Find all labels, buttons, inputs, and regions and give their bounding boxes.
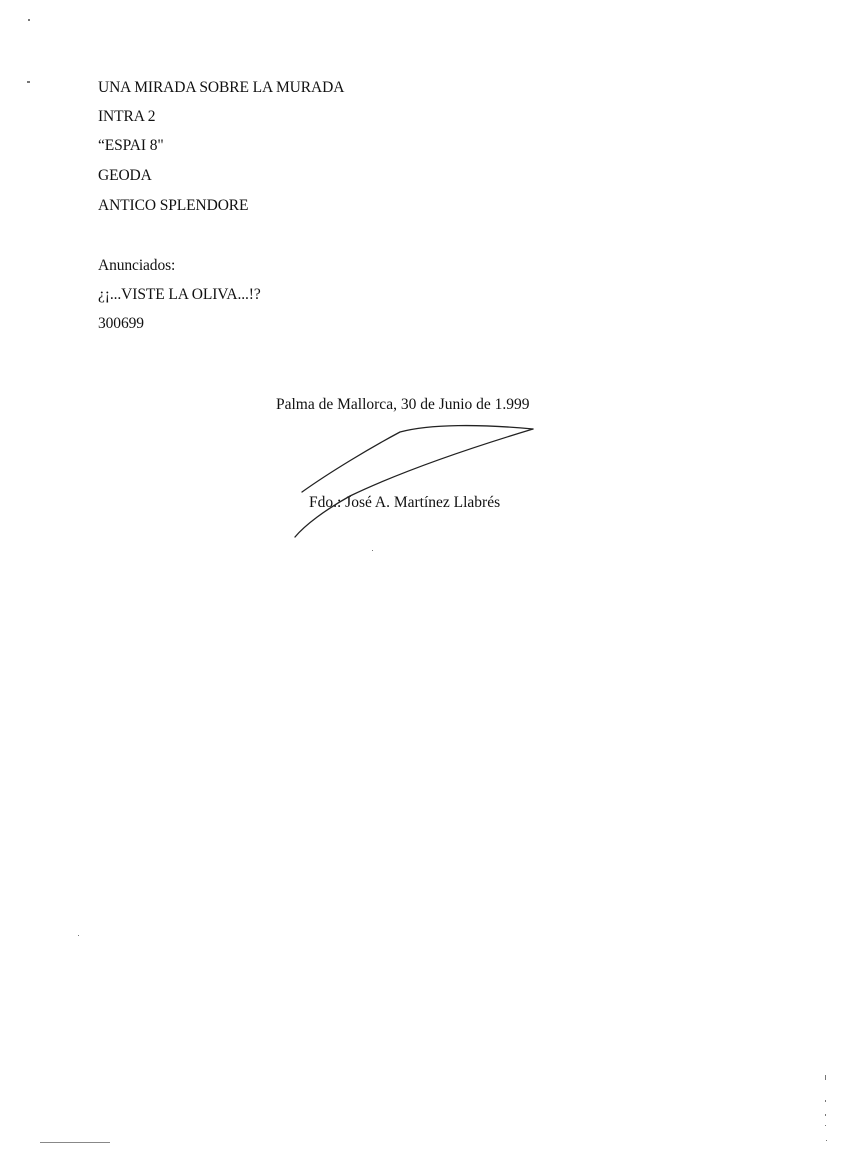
scan-speck — [825, 1114, 826, 1116]
scan-speck — [825, 1100, 826, 1102]
scan-speck — [28, 19, 30, 21]
scan-speck — [825, 1125, 826, 1126]
signer-name: Fdo.: José A. Martínez Llabrés — [309, 494, 500, 512]
scan-speck — [27, 81, 30, 83]
scan-speck — [826, 1140, 827, 1141]
title-line-2: INTRA 2 — [98, 108, 155, 126]
scan-speck — [40, 1142, 110, 1143]
title-line-1: UNA MIRADA SOBRE LA MURADA — [98, 79, 344, 97]
document-page: UNA MIRADA SOBRE LA MURADA INTRA 2 “ESPA… — [0, 0, 843, 1162]
place-and-date: Palma de Mallorca, 30 de Junio de 1.999 — [276, 396, 530, 414]
announced-item-1: ¿¡...VISTE LA OLIVA...!? — [98, 286, 261, 304]
announced-label: Anunciados: — [98, 257, 175, 275]
scan-speck — [78, 935, 79, 936]
title-line-5: ANTICO SPLENDORE — [98, 197, 248, 215]
announced-item-2: 300699 — [98, 315, 144, 333]
scan-speck — [372, 550, 373, 551]
scan-speck — [825, 1075, 826, 1080]
title-line-3: “ESPAI 8" — [98, 137, 164, 155]
title-line-4: GEODA — [98, 167, 152, 185]
